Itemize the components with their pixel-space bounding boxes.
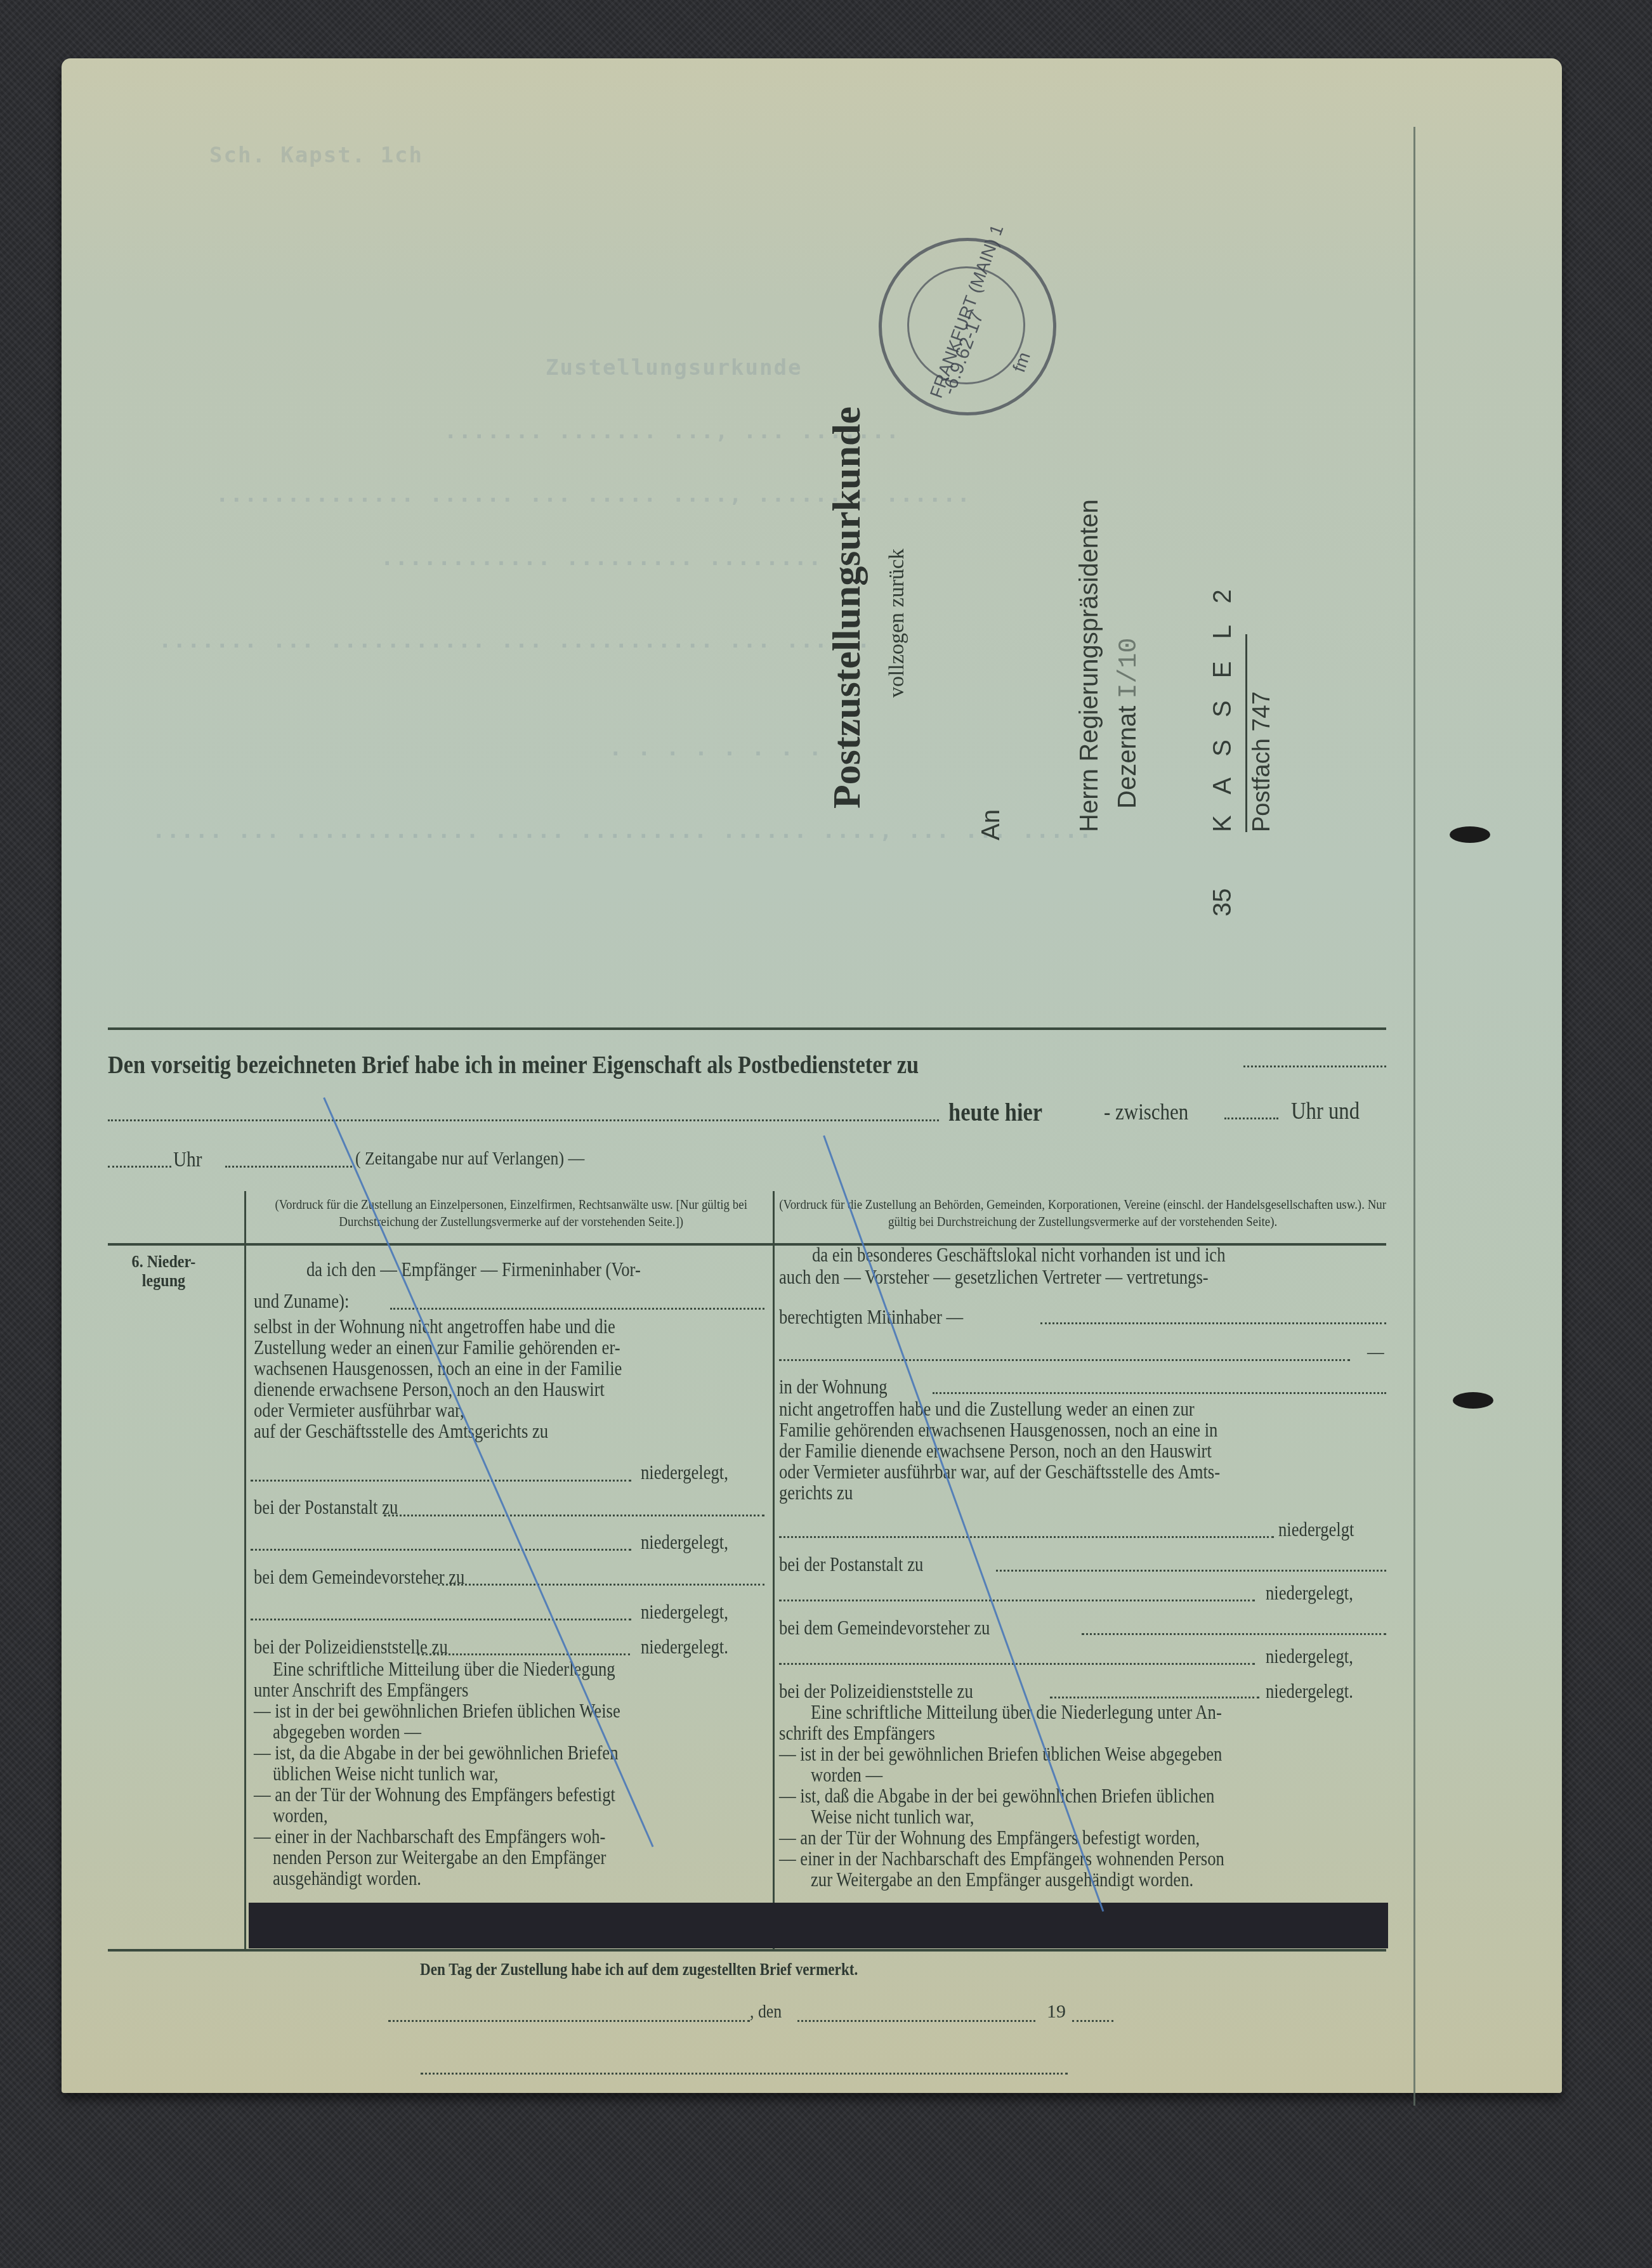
text-line: zur Weitergabe an den Empfänger ausgehän… xyxy=(811,1869,1193,1890)
text-line: worden — xyxy=(811,1764,882,1785)
right-polizei-field[interactable] xyxy=(1050,1697,1259,1698)
section-rule xyxy=(108,1027,1386,1030)
right-mitinhaber-field-2[interactable] xyxy=(779,1359,1350,1361)
right-gemeinde-field-2[interactable] xyxy=(779,1663,1255,1665)
statement-zwischen: - zwischen xyxy=(1104,1098,1188,1125)
punch-hole xyxy=(1450,826,1490,843)
text-line: gerichts zu xyxy=(779,1482,853,1503)
text-line: schrift des Empfängers xyxy=(779,1723,935,1743)
redaction-bar xyxy=(249,1903,1388,1948)
footer-signature-field[interactable] xyxy=(421,2073,1068,2075)
time-from-field[interactable] xyxy=(1224,1118,1278,1119)
postcode: 35 xyxy=(1209,889,1237,917)
footer-den-label: , den xyxy=(750,2001,782,2023)
left-postanstalt-label: bei der Postanstalt zu xyxy=(254,1497,398,1518)
recipient-line2: Dezernat I/10 xyxy=(1113,638,1144,809)
text-line: der Familie dienende erwachsene Person, … xyxy=(779,1440,1212,1461)
text-line: — einer in der Nachbarschaft des Empfäng… xyxy=(779,1848,1224,1869)
table-divider-label xyxy=(244,1191,246,1949)
text-line: nenden Person zur Weitergabe an den Empf… xyxy=(273,1847,606,1868)
statement-line1: Den vorseitig bezeichneten Brief habe ic… xyxy=(108,1050,919,1079)
text-line: auf der Geschäftsstelle des Amtsgerichts… xyxy=(254,1421,548,1442)
right-wohnung-label: in der Wohnung xyxy=(779,1376,888,1397)
text-line: dienende erwachsene Person, noch an den … xyxy=(254,1379,605,1400)
text-line: Familie gehörenden erwachsenen Hausgenos… xyxy=(779,1419,1217,1440)
delivery-recipient-field[interactable] xyxy=(108,1119,939,1121)
postmark-stamp: FRANKFURT (MAIN) 1 -6.9.62-17 fm xyxy=(879,238,1056,415)
footer-date-field[interactable] xyxy=(797,2020,1035,2022)
show-through-text: Zustellungsurkunde xyxy=(546,355,802,381)
show-through-text: Sch. Kapst. 1ch xyxy=(209,143,423,168)
left-amtsgericht-field[interactable] xyxy=(251,1480,631,1482)
text-line: wachsenen Hausgenossen, noch an eine in … xyxy=(254,1358,622,1379)
right-amtsgericht-field[interactable] xyxy=(779,1536,1274,1538)
time-to-field[interactable] xyxy=(108,1166,171,1168)
right-mitinhaber-field[interactable] xyxy=(1040,1322,1386,1324)
dezernat-value: I/10 xyxy=(1115,638,1144,699)
right-postanstalt-field-2[interactable] xyxy=(779,1600,1255,1601)
right-niedergelgt: niedergelgt xyxy=(1278,1519,1354,1540)
text-line: — ist, daß die Abgabe in der bei gewöhnl… xyxy=(779,1785,1214,1806)
text-line: auch den — Vorsteher — gesetzlichen Vert… xyxy=(779,1267,1209,1287)
city-underline xyxy=(1245,634,1247,832)
right-niedergelegt-3: niedergelegt, xyxy=(1266,1646,1353,1667)
right-wohnung-field[interactable] xyxy=(933,1392,1386,1394)
left-gemeinde-field-2[interactable] xyxy=(251,1619,631,1620)
city: K A S S E L 2 xyxy=(1209,582,1237,832)
footer-place-field[interactable] xyxy=(388,2020,750,2022)
text-line: Weise nicht tunlich war, xyxy=(811,1806,974,1827)
show-through-text: ............ ......... ........ xyxy=(381,545,823,571)
left-postanstalt-field-2[interactable] xyxy=(251,1549,631,1551)
text-line: oder Vermieter ausführbar war, xyxy=(254,1400,464,1421)
left-niedergelegt-4: niedergelegt. xyxy=(641,1636,728,1657)
text-line: — an der Tür der Wohnung des Empfängers … xyxy=(254,1784,615,1805)
left-niedergelegt-3: niedergelegt, xyxy=(641,1601,728,1622)
footer-note: Den Tag der Zustellung habe ich auf dem … xyxy=(420,1960,858,1979)
table-bottom-rule xyxy=(108,1949,1386,1952)
left-recipient-name-field[interactable] xyxy=(390,1308,764,1310)
statement-uhr: Uhr xyxy=(173,1148,202,1172)
left-niedergelegt-2: niedergelegt, xyxy=(641,1532,728,1553)
right-mitinhaber-label: berechtigten Mitinhaber — xyxy=(779,1307,963,1327)
left-niedergelegt-1: niedergelegt, xyxy=(641,1462,728,1483)
text-line: — ist in der bei gewöhnlichen Briefen üb… xyxy=(779,1743,1222,1764)
statement-uhr-und: Uhr und xyxy=(1291,1097,1360,1125)
right-column-header: (Vordruck für die Zustellung an Behörden… xyxy=(777,1196,1388,1230)
text-line: — einer in der Nachbarschaft des Empfäng… xyxy=(254,1826,605,1847)
statement-zeitangabe: ( Zeitangabe nur auf Verlangen) — xyxy=(355,1148,584,1170)
minutes-field[interactable] xyxy=(225,1166,352,1168)
location-field[interactable] xyxy=(1243,1066,1386,1067)
footer-year-prefix: 19 xyxy=(1047,2001,1066,2023)
right-niedergelegt-2: niedergelegt, xyxy=(1266,1582,1353,1603)
left-column-header: (Vordruck für die Zustellung an Einzelpe… xyxy=(251,1196,771,1230)
text-line: — ist, da die Abgabe in der bei gewöhnli… xyxy=(254,1742,619,1763)
left-gemeinde-label: bei dem Gemeindevorsteher zu xyxy=(254,1567,464,1587)
text-line: — ist in der bei gewöhnlichen Briefen üb… xyxy=(254,1700,620,1721)
text-line: unter Anschrift des Empfängers xyxy=(254,1679,468,1700)
text-line: da ein besonderes Geschäftslokal nicht v… xyxy=(812,1244,1226,1265)
left-gemeinde-field[interactable] xyxy=(438,1584,764,1586)
show-through-text: . . . . . . . . xyxy=(609,736,823,761)
text-line: selbst in der Wohnung nicht angetroffen … xyxy=(254,1316,615,1337)
recipient-line1: Herrn Regierungspräsidenten xyxy=(1075,499,1104,832)
document-subtitle: vollzogen zurück xyxy=(885,549,909,698)
dezernat-label: Dezernat xyxy=(1113,706,1141,809)
text-line: Eine schriftliche Mitteilung über die Ni… xyxy=(811,1702,1222,1723)
table-divider-columns xyxy=(773,1191,775,1949)
right-dash: — xyxy=(1367,1341,1384,1362)
text-line: üblichen Weise nicht tunlich war, xyxy=(273,1763,498,1784)
left-polizei-field[interactable] xyxy=(417,1653,630,1655)
text-line: oder Vermieter ausführbar war, auf der G… xyxy=(779,1461,1220,1482)
right-polizei-label: bei der Polizeidienststelle zu xyxy=(779,1681,973,1702)
pobox: Postfach 747 xyxy=(1249,691,1276,832)
right-gemeinde-field[interactable] xyxy=(1082,1633,1386,1635)
footer-year-field[interactable] xyxy=(1072,2020,1113,2022)
margin-rule xyxy=(1413,127,1415,2106)
left-postanstalt-field[interactable] xyxy=(384,1515,764,1516)
text-line: abgegeben worden — xyxy=(273,1721,421,1742)
right-postanstalt-field[interactable] xyxy=(996,1570,1386,1572)
text-line: nicht angetroffen habe und die Zustellun… xyxy=(779,1398,1195,1419)
left-intro-line2: und Zuname): xyxy=(254,1291,349,1312)
text-line: ausgehändigt worden. xyxy=(273,1868,421,1889)
show-through-text: ....... ... ........... ... ........... … xyxy=(159,628,872,653)
left-intro-line1: da ich den — Empfänger — Firmeninhaber (… xyxy=(306,1259,641,1280)
right-gemeinde-label: bei dem Gemeindevorsteher zu xyxy=(779,1617,990,1638)
text-line: — an der Tür der Wohnung des Empfängers … xyxy=(779,1827,1200,1848)
row-label-niederlegung: 6. Nieder- legung xyxy=(109,1253,218,1291)
punch-hole xyxy=(1453,1392,1493,1409)
statement-heute-hier: heute hier xyxy=(948,1097,1042,1127)
to-label: An xyxy=(977,809,1006,840)
text-line: worden, xyxy=(273,1805,328,1826)
right-niedergelegt-4: niedergelegt. xyxy=(1266,1681,1353,1702)
show-through-text: ..... ... ............. ..... ......... … xyxy=(152,818,1093,844)
right-postanstalt-label: bei der Postanstalt zu xyxy=(779,1554,923,1575)
document-title: Postzustellungsurkunde xyxy=(825,407,870,809)
text-line: Eine schriftliche Mitteilung über die Ni… xyxy=(273,1659,615,1679)
